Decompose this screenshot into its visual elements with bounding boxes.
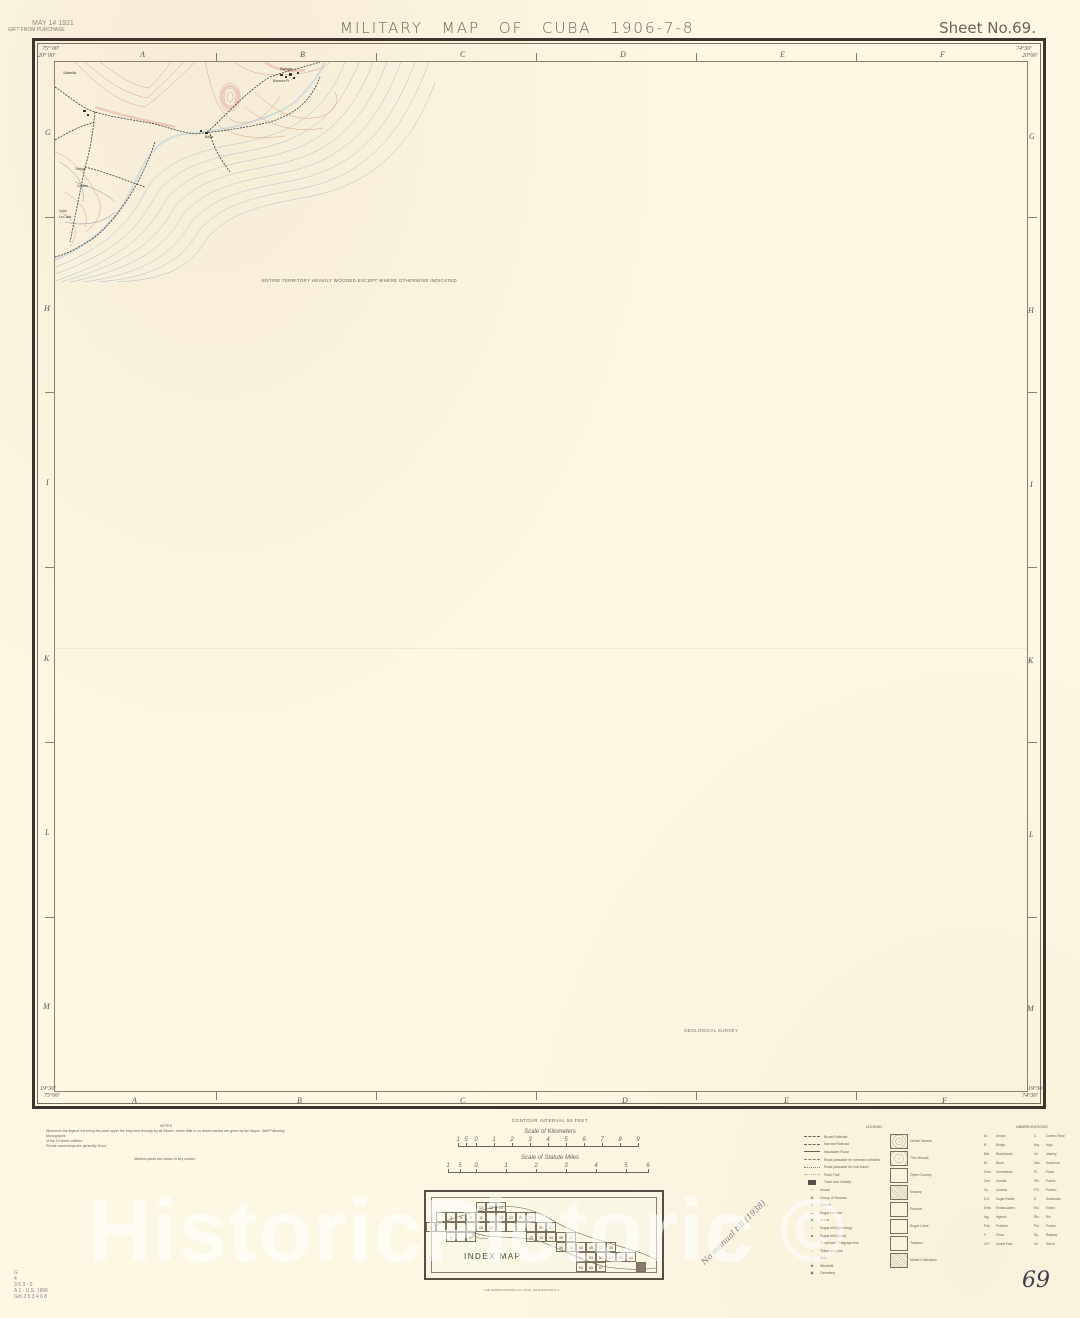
- abbr-item: Rlo.Rio: [1034, 1215, 1080, 1219]
- corner-lat: 20° 00': [38, 53, 59, 60]
- col-label-top-a: A: [140, 50, 145, 59]
- scale-tick-label: 5: [464, 1137, 467, 1143]
- row-tick: [1027, 917, 1037, 918]
- corner-lon: 75°00': [44, 1093, 60, 1100]
- land-contours: [55, 62, 337, 247]
- scale-tick-label: 1: [492, 1137, 495, 1143]
- row-label-right-k: K: [1028, 656, 1033, 665]
- row-label-left-m: M: [43, 1002, 50, 1011]
- scale-tick-label: 0: [474, 1163, 477, 1169]
- row-label-left-k: K: [44, 654, 49, 663]
- abbr-item: P.P.Potrero: [1034, 1188, 1080, 1192]
- row-tick: [1027, 392, 1037, 393]
- legend-item: Macadam Road: [804, 1148, 884, 1156]
- scale-tick-label: 3: [528, 1137, 531, 1143]
- place-names: Bighigan Baracoa Pt. Sabanilla Bahia Tor…: [59, 67, 293, 219]
- scale-tick-label: 5: [458, 1163, 461, 1169]
- legend-item: Road passable for wheeled vehicles: [804, 1156, 884, 1164]
- scale-tick-label: 1: [446, 1163, 449, 1169]
- col-label-bottom-d: D: [622, 1096, 628, 1105]
- abbr-item: Bat.Blockhouse: [984, 1152, 1030, 1156]
- scale-miles-bar: 1 5 0 1 2 3 4 5 6: [438, 1161, 658, 1175]
- abbr-item: Cs.Colonia: [984, 1188, 1030, 1192]
- sheet-number: Sheet No.69.: [939, 19, 1036, 37]
- legend-item: Narrow Railroad: [804, 1141, 884, 1149]
- corner-top-right: 74°30' 20°00': [1016, 46, 1038, 60]
- legend-swatch: [890, 1168, 908, 1183]
- notes-line: Private ownerships are generally Good: [46, 1144, 286, 1149]
- land-relief-shading: [95, 62, 305, 127]
- abbr-item: B.Bridge: [984, 1143, 1030, 1147]
- legend-swatch: [890, 1253, 908, 1268]
- abbr-item: Hac.Hacienda: [1034, 1161, 1080, 1165]
- abbr-item: Pl.Plaza: [1034, 1170, 1080, 1174]
- catalog-line: Gm 3 5 3 4 6 8: [14, 1294, 48, 1300]
- svg-text:Camino: Camino: [77, 184, 88, 188]
- abbr-item: E.Ensenada: [1034, 1197, 1080, 1201]
- scale-block: CONTOUR INTERVAL 50 FEET Scale of Kilome…: [440, 1118, 660, 1175]
- svg-text:Cuba: Cuba: [59, 209, 67, 213]
- row-label-left-h: H: [44, 304, 50, 313]
- abbr-heading: ABBREVIATIONS: [984, 1124, 1080, 1129]
- svg-text:Sabanilla: Sabanilla: [63, 71, 76, 75]
- territory-wooded-note: ENTIRE TERRITORY HEAVILY WOODED EXCEPT W…: [262, 278, 457, 283]
- col-tick: [376, 1092, 377, 1100]
- col-tick: [536, 53, 537, 61]
- scale-tick-label: 5: [564, 1137, 567, 1143]
- corner-top-left: 75° 00' 20° 00': [38, 46, 59, 60]
- col-label-top-f: F: [940, 50, 945, 59]
- scale-tick-label: 0: [474, 1137, 477, 1143]
- legend-item: Broad Railroad: [804, 1133, 884, 1141]
- row-label-right-m: M: [1027, 1004, 1034, 1013]
- legend-swatch-label: Mixed Cultivation: [910, 1258, 937, 1262]
- abbr-item: F.Finca: [984, 1233, 1030, 1237]
- row-tick: [1027, 742, 1037, 743]
- row-tick: [45, 742, 55, 743]
- col-tick: [216, 1092, 217, 1100]
- col-tick: [856, 1092, 857, 1100]
- abbr-item: Pto.Puerto: [1034, 1179, 1080, 1183]
- abbr-item: Hig.Higo: [1034, 1143, 1080, 1147]
- abbr-item: S.S.Sugar Estate: [984, 1197, 1030, 1201]
- scale-tick-label: 5: [624, 1163, 627, 1169]
- coastline-terrain: Bighigan Baracoa Pt. Sabanilla Bahia Tor…: [55, 62, 435, 282]
- corner-lat: 19°30': [1028, 1086, 1044, 1093]
- legend-swatch: [890, 1219, 908, 1234]
- stamp-date: MAY 14 1921: [32, 20, 74, 27]
- corner-lat: 19°30': [40, 1086, 60, 1093]
- col-label-bottom-f: F: [942, 1096, 947, 1105]
- corner-bottom-right: 19°30' 74°30': [1022, 1086, 1044, 1100]
- fold-line: [55, 648, 1027, 649]
- corner-lon: 74°30': [1016, 46, 1038, 53]
- legend-swatch-label: Dense Woods: [910, 1139, 932, 1143]
- row-label-left-g: G: [45, 128, 51, 137]
- abbr-item: Emb.Embarcadero: [984, 1206, 1030, 1210]
- scale-tick-label: 2: [510, 1137, 513, 1143]
- row-label-right-i: I: [1030, 480, 1033, 489]
- col-tick: [536, 1092, 537, 1100]
- legend-swatch: [890, 1151, 908, 1166]
- abbr-item: G.P.Guard Post: [984, 1242, 1030, 1246]
- abbr-item: Est.Estero: [1034, 1206, 1080, 1210]
- row-tick: [45, 917, 55, 918]
- scale-tick-label: 4: [546, 1137, 549, 1143]
- col-tick: [376, 53, 377, 61]
- abbr-item: Inf.Infantry: [1034, 1152, 1080, 1156]
- abbr-item: Ing.Ingenio: [984, 1215, 1030, 1219]
- legend-item: Road passable for foot travel: [804, 1163, 884, 1171]
- scale-tick-label: 3: [564, 1163, 567, 1169]
- row-tick: [1027, 567, 1037, 568]
- col-tick: [696, 53, 697, 61]
- col-tick: [216, 53, 217, 61]
- stamp-text: GIFT FROM PURCHASE: [8, 27, 74, 34]
- corner-lat: 20°00': [1022, 53, 1038, 60]
- abbr-item: Ar.Arroyo: [984, 1134, 1030, 1138]
- col-tick: [856, 53, 857, 61]
- water-contours: [55, 62, 435, 282]
- row-tick: [45, 567, 55, 568]
- legend-swatch: [890, 1236, 908, 1251]
- contour-interval: CONTOUR INTERVAL 50 FEET: [380, 1118, 720, 1123]
- row-tick: [45, 392, 55, 393]
- watermark: HistoricPictoric ©: [88, 1180, 846, 1282]
- col-label-top-e: E: [780, 50, 785, 59]
- catalog-numbers: G43 5 3 - 0A 1 - U.S. 1906Gm 3 5 3 4 6 8: [14, 1270, 48, 1300]
- svg-text:Baracoa Pt.: Baracoa Pt.: [273, 79, 290, 83]
- legend-swatch-label: Tobacco: [910, 1241, 923, 1245]
- svg-text:Tortuga: Tortuga: [75, 167, 86, 171]
- svg-text:Bighigan: Bighigan: [280, 67, 293, 71]
- scale-tick-label: 6: [646, 1163, 649, 1169]
- legend-item: Pack Trail: [804, 1171, 884, 1179]
- legend-swatch-label: Thin Woods: [910, 1156, 929, 1160]
- scale-km-bar: 1 5 0 1 2 3 4 5 6 7 8 9: [448, 1135, 648, 1149]
- scale-tick-label: 9: [636, 1137, 639, 1143]
- abbr-item: Bl.Block: [984, 1161, 1030, 1165]
- row-label-right-h: H: [1028, 306, 1034, 315]
- accession-stamp: MAY 14 1921 GIFT FROM PURCHASE: [8, 20, 74, 34]
- scale-tick-label: 1: [456, 1137, 459, 1143]
- scale-tick-label: 6: [582, 1137, 585, 1143]
- abbr-item: Ry.Railway: [1034, 1233, 1080, 1237]
- abbr-item: C.Camino Real: [1034, 1134, 1080, 1138]
- printer-credit: THE NORRIS PETERS CO. LITHO. WASHINGTON …: [484, 1288, 560, 1292]
- legend-swatch-label: Sugar Cane: [910, 1224, 929, 1228]
- settlements: [83, 72, 299, 134]
- legend-swatch-label: Swamp: [910, 1190, 922, 1194]
- scale-tick-label: 7: [600, 1137, 603, 1143]
- col-label-top-b: B: [300, 50, 305, 59]
- handwritten-sheet-number: 69: [1022, 1268, 1050, 1293]
- col-tick: [696, 1092, 697, 1100]
- notes-centered: Marked points are shown in key section: [134, 1157, 286, 1162]
- corner-lon: 75° 00': [42, 46, 59, 53]
- col-label-top-c: C: [460, 50, 465, 59]
- scale-tick-label: 4: [594, 1163, 597, 1169]
- abbr-grid: Ar.ArroyoC.Camino RealB.BridgeHig.HigoBa…: [984, 1134, 1080, 1246]
- row-label-left-i: I: [46, 478, 49, 487]
- scale-tick-label: 8: [618, 1137, 621, 1143]
- row-label-right-g: G: [1029, 132, 1035, 141]
- legend-heading: LEGEND: [804, 1124, 944, 1129]
- abbr-item: Prn.Ponton: [1034, 1224, 1080, 1228]
- legend-swatch-label: Open Country: [910, 1173, 932, 1177]
- scale-tick-label: 1: [504, 1163, 507, 1169]
- abbr-item: Sn.Sierra: [1034, 1242, 1080, 1246]
- survey-credit: GEOLOGICAL SURVEY: [684, 1028, 738, 1033]
- col-label-top-d: D: [620, 50, 626, 59]
- abbr-item: Pob.Poblado: [984, 1224, 1030, 1228]
- row-tick: [1027, 217, 1037, 218]
- corner-bottom-left: 19°30' 75°00': [40, 1086, 60, 1100]
- notes-block: NOTES Whenever the legend not being the …: [46, 1124, 286, 1162]
- abbreviations: ABBREVIATIONS Ar.ArroyoC.Camino RealB.Br…: [984, 1124, 1080, 1246]
- map-title: MILITARY MAP OF CUBA 1906-7-8: [340, 19, 694, 37]
- row-tick: [45, 217, 55, 218]
- legend-swatch: [890, 1202, 908, 1217]
- col-label-bottom-a: A: [132, 1096, 137, 1105]
- legend-swatch: [890, 1134, 908, 1149]
- abbr-item: Cem.Cementerio: [984, 1170, 1030, 1174]
- svg-text:Bahia: Bahia: [205, 135, 213, 139]
- col-label-bottom-e: E: [784, 1096, 789, 1105]
- svg-text:La Cuba: La Cuba: [59, 215, 71, 219]
- row-label-right-l: L: [1029, 830, 1033, 839]
- corner-lon: 74°30': [1022, 1093, 1044, 1100]
- shore-shading: [55, 62, 325, 260]
- legend-swatch-label: Pasture: [910, 1207, 922, 1211]
- notes-line: Whenever the legend not being the point …: [46, 1129, 286, 1139]
- abbr-item: Cen.Central: [984, 1179, 1030, 1183]
- col-label-bottom-c: C: [460, 1096, 465, 1105]
- legend-swatch: [890, 1185, 908, 1200]
- scale-tick-label: 2: [534, 1163, 537, 1169]
- col-label-bottom-b: B: [297, 1096, 302, 1105]
- row-label-left-l: L: [45, 828, 49, 837]
